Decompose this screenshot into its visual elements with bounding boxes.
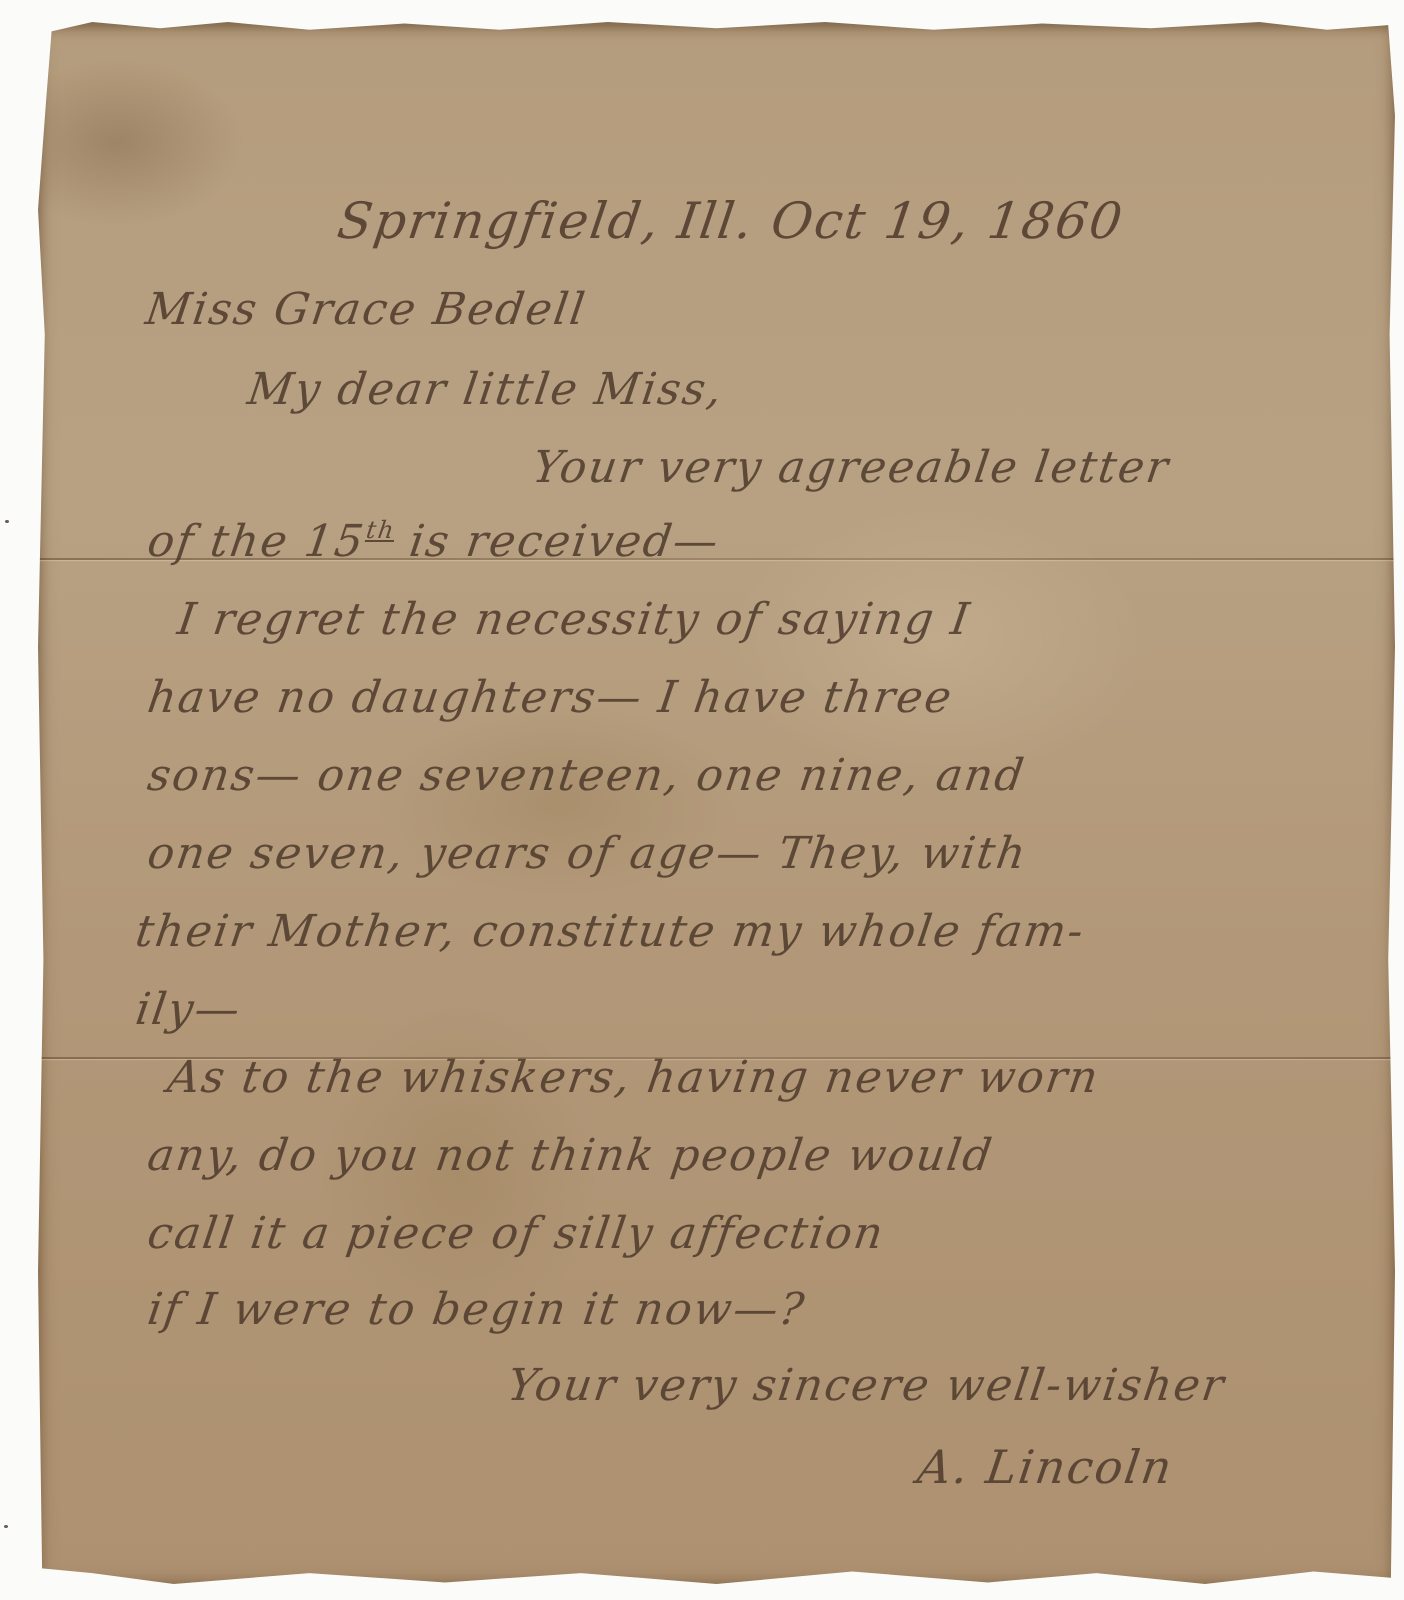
body-line: of the 15th is received— (144, 516, 723, 567)
body-line: I regret the necessity of saying I (174, 594, 974, 645)
letter-paper: Springfield, Ill. Oct 19, 1860 Miss Grac… (38, 22, 1395, 1584)
body-line: ily— (132, 984, 244, 1035)
scan-speck (5, 520, 9, 523)
body-line: have no daughters— I have three (144, 672, 956, 723)
scan-speck (4, 1525, 8, 1528)
signature: A. Lincoln (914, 1440, 1177, 1494)
body-line: As to the whiskers, having never worn (164, 1052, 1102, 1103)
body-line: if I were to begin it now—? (144, 1284, 808, 1335)
dateline: Springfield, Ill. Oct 19, 1860 (334, 192, 1128, 250)
body-line: one seven, years of age— They, with (144, 828, 1030, 879)
recipient-name: Miss Grace Bedell (142, 284, 589, 335)
body-line: Your very agreeable letter (529, 442, 1173, 493)
body-line: any, do you not think people would (144, 1130, 996, 1181)
body-line: sons— one seventeen, one nine, and (144, 750, 1028, 801)
closing: Your very sincere well-wisher (504, 1360, 1228, 1411)
salutation: My dear little Miss, (244, 364, 726, 415)
body-line: their Mother, constitute my whole fam- (132, 906, 1088, 957)
body-line: call it a piece of silly affection (144, 1208, 888, 1259)
